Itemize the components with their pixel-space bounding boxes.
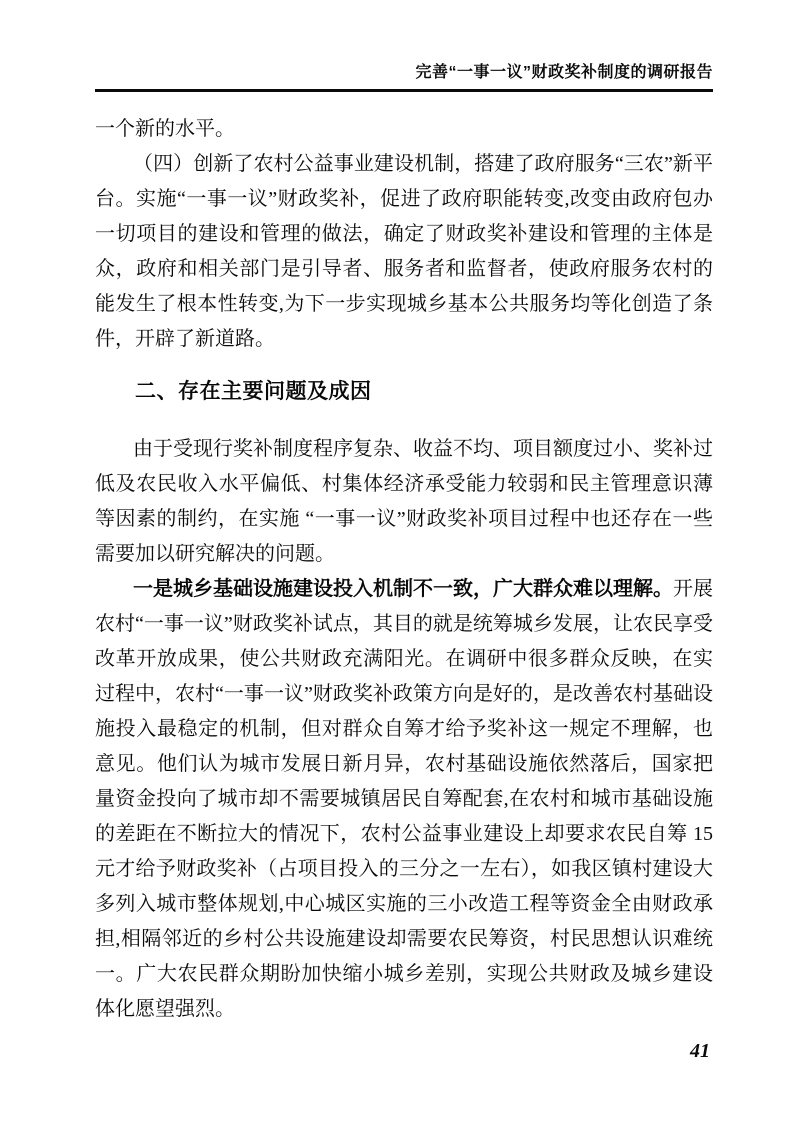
text-line: 元才给予财政奖补（占项目投入的三分之一左右），如我区镇村建设大 <box>95 852 713 887</box>
text-run: 意见。他们认为城市发展日新月异，农村基础设施依然落后，国家把大 <box>95 753 713 782</box>
text-run: 体化愿望强烈。 <box>95 998 235 1020</box>
text-line: 体化愿望强烈。 <box>95 992 713 1027</box>
text-line: 的差距在不断拉大的情况下，农村公益事业建设上却要求农民自筹 15 <box>95 817 713 852</box>
text-line: 多列入城市整体规划,中心城区实施的三小改造工程等资金全由财政承 <box>95 887 713 922</box>
text-run: 施投入最稳定的机制，但对群众自筹才给予奖补这一规定不理解，也有 <box>95 718 713 747</box>
text-run: 需要加以研究解决的问题。 <box>95 543 335 565</box>
page-header: 完善“一事一议”财政奖补制度的调研报告 <box>95 63 713 92</box>
text-run: 一。广大农民群众期盼加快缩小城乡差别，实现公共财政及城乡建设一 <box>95 963 713 992</box>
text-run: 等因素的制约，在实施 “一事一议”财政奖补项目过程中也还存在一些 <box>95 508 713 530</box>
text-line: 过程中，农村“一事一议”财政奖补政策方向是好的，是改善农村基础设 <box>95 677 713 712</box>
document-body: 一个新的水平。（四）创新了农村公益事业建设机制，搭建了政府服务“三农”新平台。实… <box>95 112 713 1027</box>
text-line: 台。实施“一事一议”财政奖补，促进了政府职能转变,改变由政府包办 <box>95 182 713 217</box>
text-run: 一切项目的建设和管理的做法，确定了财政奖补建设和管理的主体是群 <box>95 223 713 252</box>
text-line: 等因素的制约，在实施 “一事一议”财政奖补项目过程中也还存在一些 <box>95 502 713 537</box>
text-line: 担,相隔邻近的乡村公共设施建设却需要农民筹资，村民思想认识难统 <box>95 922 713 957</box>
text-line: 二、存在主要问题及成因 <box>95 374 713 409</box>
text-run: 低及农民收入水平偏低、村集体经济承受能力较弱和民主管理意识薄弱 <box>95 473 713 502</box>
text-line: 能发生了根本性转变,为下一步实现城乡基本公共服务均等化创造了条 <box>95 287 713 322</box>
bold-text-run: 一是城乡基础设施建设投入机制不一致，广大群众难以理解。 <box>133 578 673 600</box>
text-run: 多列入城市整体规划,中心城区实施的三小改造工程等资金全由财政承 <box>95 893 713 915</box>
text-run: 改革开放成果，使公共财政充满阳光。在调研中很多群众反映，在实施 <box>95 648 713 677</box>
page-number: 41 <box>690 1040 710 1063</box>
text-line: 低及农民收入水平偏低、村集体经济承受能力较弱和民主管理意识薄弱 <box>95 467 713 502</box>
text-line: 改革开放成果，使公共财政充满阳光。在调研中很多群众反映，在实施 <box>95 642 713 677</box>
text-run: 农村“一事一议”财政奖补试点，其目的就是统筹城乡发展，让农民享受 <box>95 613 713 635</box>
text-line: 需要加以研究解决的问题。 <box>95 537 713 572</box>
document-page: 完善“一事一议”财政奖补制度的调研报告 一个新的水平。（四）创新了农村公益事业建… <box>0 0 803 1133</box>
section-heading: 二、存在主要问题及成因 <box>95 374 713 409</box>
text-line: 由于受现行奖补制度程序复杂、收益不均、项目额度过小、奖补过 <box>95 432 713 467</box>
text-line: 一个新的水平。 <box>95 112 713 147</box>
text-line: 量资金投向了城市却不需要城镇居民自筹配套,在农村和城市基础设施 <box>95 782 713 817</box>
bold-text-run: 二、存在主要问题及成因 <box>135 380 372 403</box>
text-run: 能发生了根本性转变,为下一步实现城乡基本公共服务均等化创造了条 <box>95 293 713 315</box>
header-title: 完善“一事一议”财政奖补制度的调研报告 <box>95 63 713 84</box>
text-line: 一切项目的建设和管理的做法，确定了财政奖补建设和管理的主体是群 <box>95 217 713 252</box>
text-run: 的差距在不断拉大的情况下，农村公益事业建设上却要求农民自筹 15 <box>95 823 713 845</box>
text-line: 件，开辟了新道路。 <box>95 322 713 357</box>
text-run: 众，政府和相关部门是引导者、服务者和监督者，使政府服务农村的职 <box>95 258 713 287</box>
text-line: 施投入最稳定的机制，但对群众自筹才给予奖补这一规定不理解，也有 <box>95 712 713 747</box>
text-run: （四）创新了农村公益事业建设机制，搭建了政府服务“三农”新平 <box>133 153 713 175</box>
text-run: 量资金投向了城市却不需要城镇居民自筹配套,在农村和城市基础设施 <box>95 788 713 810</box>
text-line: 众，政府和相关部门是引导者、服务者和监督者，使政府服务农村的职 <box>95 252 713 287</box>
text-line: 一。广大农民群众期盼加快缩小城乡差别，实现公共财政及城乡建设一 <box>95 957 713 992</box>
text-run: 台。实施“一事一议”财政奖补，促进了政府职能转变,改变由政府包办 <box>95 188 713 210</box>
text-run: 开展 <box>673 578 713 600</box>
paragraph: 一是城乡基础设施建设投入机制不一致，广大群众难以理解。开展农村“一事一议”财政奖… <box>95 572 713 1027</box>
text-run: 由于受现行奖补制度程序复杂、收益不均、项目额度过小、奖补过 <box>133 438 713 460</box>
text-run: 元才给予财政奖补（占项目投入的三分之一左右），如我区镇村建设大 <box>95 858 713 880</box>
text-line: （四）创新了农村公益事业建设机制，搭建了政府服务“三农”新平 <box>95 147 713 182</box>
text-run: 件，开辟了新道路。 <box>95 328 275 350</box>
paragraph: 由于受现行奖补制度程序复杂、收益不均、项目额度过小、奖补过低及农民收入水平偏低、… <box>95 432 713 572</box>
text-line: 农村“一事一议”财政奖补试点，其目的就是统筹城乡发展，让农民享受 <box>95 607 713 642</box>
paragraph: 一个新的水平。 <box>95 112 713 147</box>
text-line: 一是城乡基础设施建设投入机制不一致，广大群众难以理解。开展 <box>95 572 713 607</box>
text-line: 意见。他们认为城市发展日新月异，农村基础设施依然落后，国家把大 <box>95 747 713 782</box>
paragraph: （四）创新了农村公益事业建设机制，搭建了政府服务“三农”新平台。实施“一事一议”… <box>95 147 713 357</box>
text-run: 担,相隔邻近的乡村公共设施建设却需要农民筹资，村民思想认识难统 <box>95 928 713 950</box>
text-run: 一个新的水平。 <box>95 118 235 140</box>
text-run: 过程中，农村“一事一议”财政奖补政策方向是好的，是改善农村基础设 <box>95 683 713 705</box>
